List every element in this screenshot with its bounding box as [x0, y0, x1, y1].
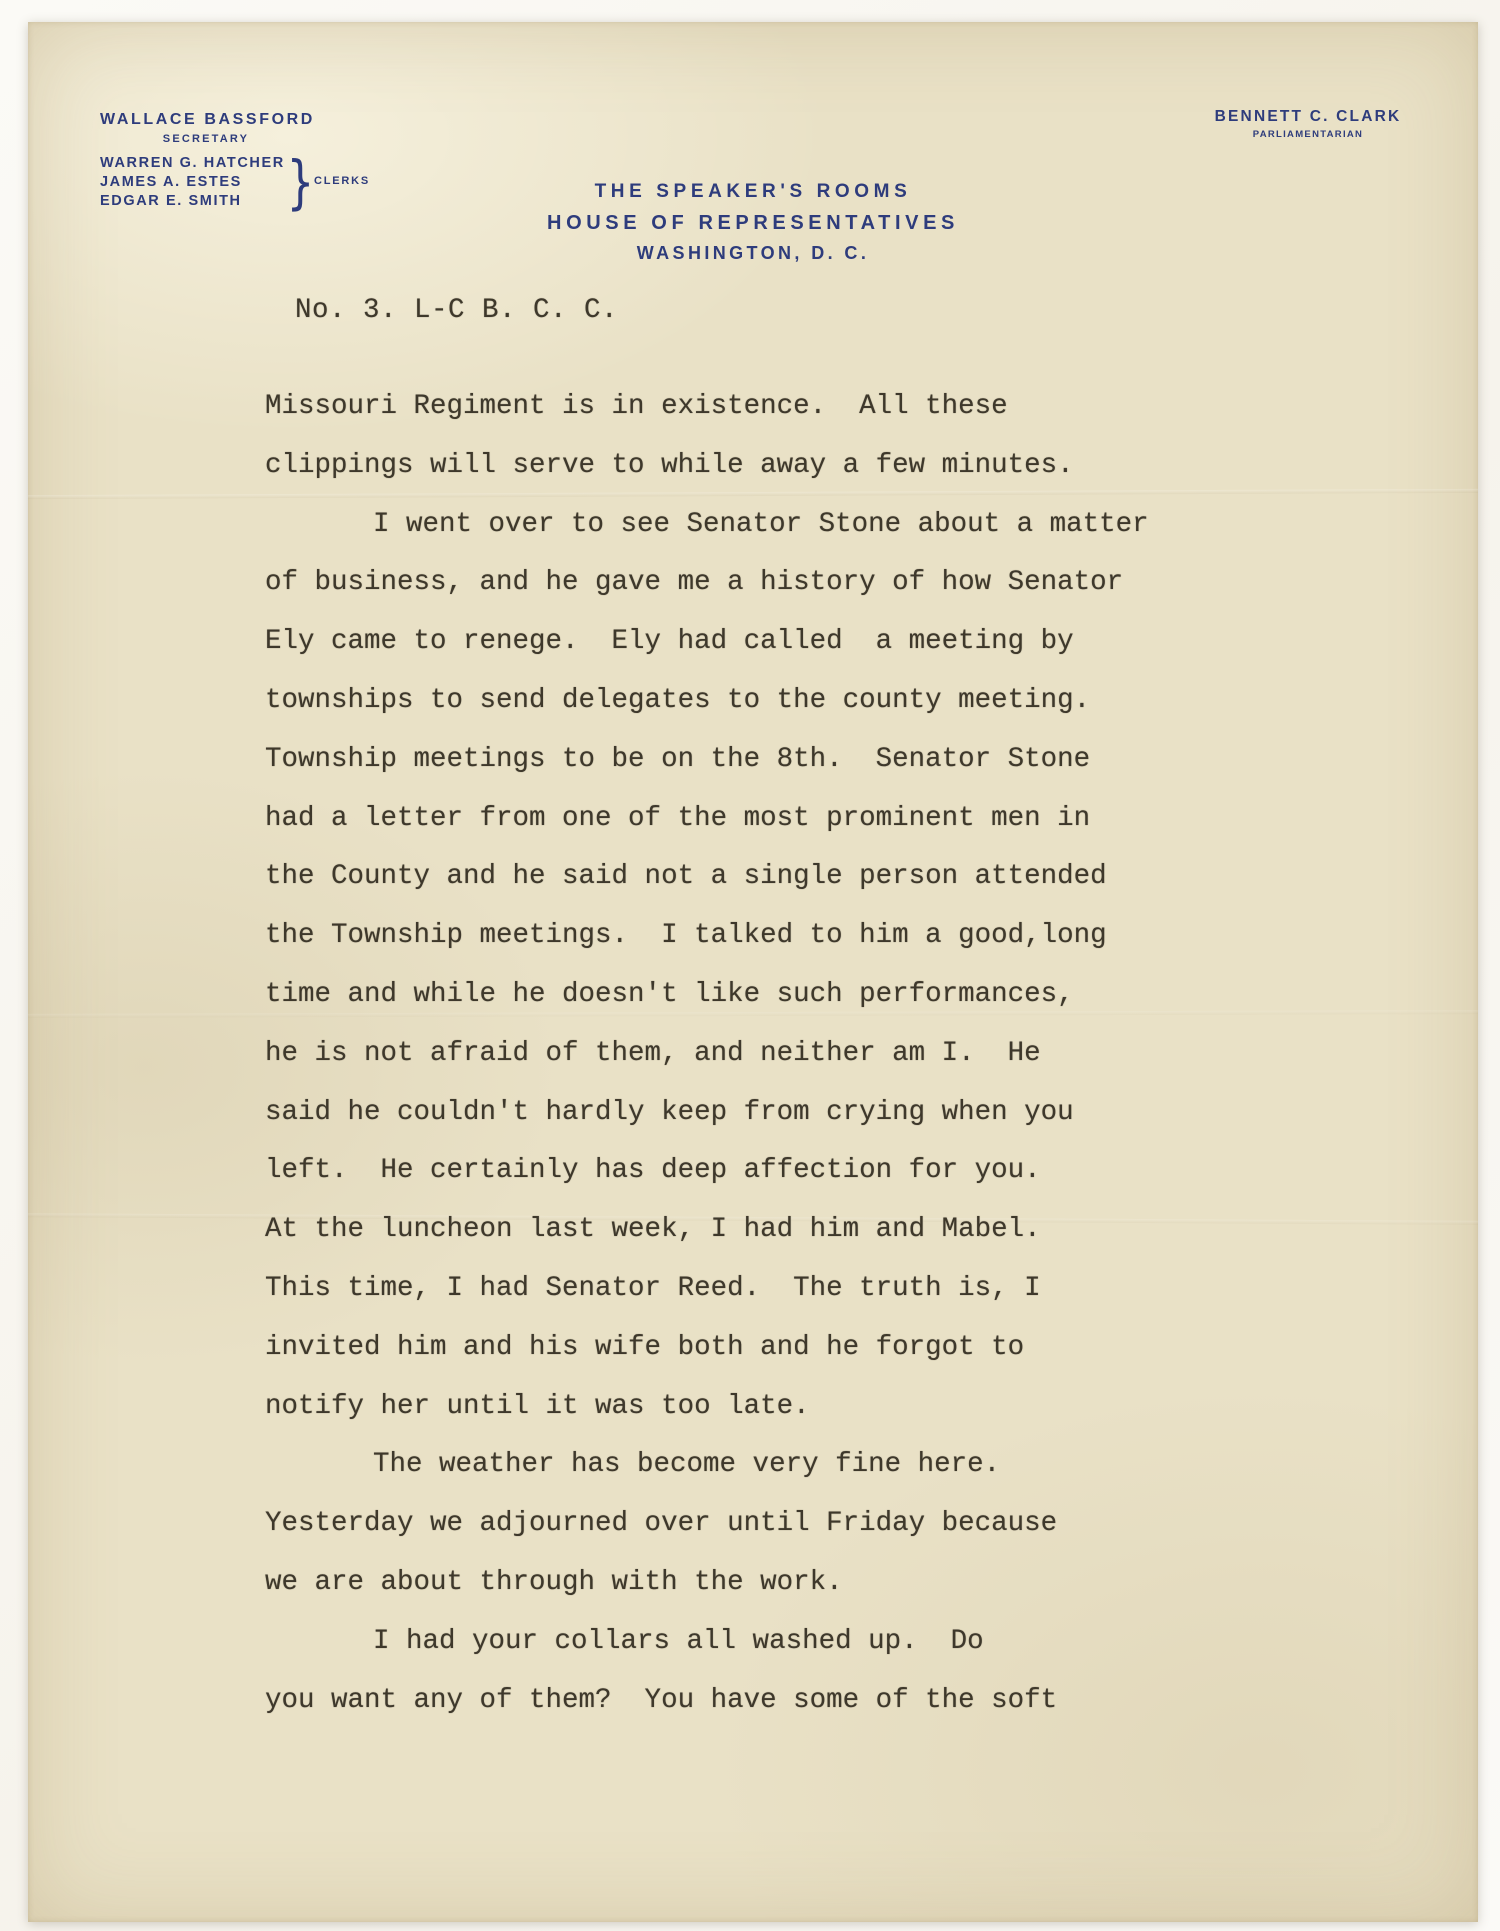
letterhead-rooms-line: THE SPEAKER'S ROOMS — [28, 181, 1478, 203]
typed-line: Missouri Regiment is in existence. All t… — [265, 378, 1265, 437]
typed-line: I went over to see Senator Stone about a… — [265, 496, 1265, 555]
typed-line: Yesterday we adjourned over until Friday… — [265, 1495, 1265, 1554]
letterhead-house-line: HOUSE OF REPRESENTATIVES — [28, 212, 1478, 235]
page-reference-line: No. 3. L-C B. C. C. — [295, 294, 618, 328]
parliamentarian-title: PARLIAMENTARIAN — [1178, 129, 1438, 140]
typed-line: Ely came to renege. Ely had called a mee… — [265, 613, 1265, 672]
typed-line: clippings will serve to while away a few… — [265, 437, 1265, 496]
typed-line: had a letter from one of the most promin… — [265, 790, 1265, 849]
letterhead-right-block: BENNETT C. CLARK PARLIAMENTARIAN — [1178, 108, 1438, 140]
typed-line: At the luncheon last week, I had him and… — [265, 1201, 1265, 1260]
letter-page: WALLACE BASSFORD SECRETARY WARREN G. HAT… — [28, 22, 1478, 1922]
typed-line: of business, and he gave me a history of… — [265, 554, 1265, 613]
clerk-name: WARREN G. HATCHER — [100, 154, 315, 173]
secretary-title: SECRETARY — [100, 133, 312, 145]
typed-line: we are about through with the work. — [265, 1554, 1265, 1613]
letterhead-center-block: THE SPEAKER'S ROOMS HOUSE OF REPRESENTAT… — [28, 181, 1478, 264]
typed-line: time and while he doesn't like such perf… — [265, 966, 1265, 1025]
typed-line: townships to send delegates to the count… — [265, 672, 1265, 731]
scan-background: { "paper": { "background": "#e9e1c6", "t… — [0, 0, 1500, 1931]
typed-line: said he couldn't hardly keep from crying… — [265, 1084, 1265, 1143]
typed-line: The weather has become very fine here. — [265, 1436, 1265, 1495]
typed-line: notify her until it was too late. — [265, 1378, 1265, 1437]
secretary-name: WALLACE BASSFORD — [100, 110, 315, 130]
typed-line: Township meetings to be on the 8th. Sena… — [265, 731, 1265, 790]
parliamentarian-name: BENNETT C. CLARK — [1178, 108, 1438, 126]
typed-line: he is not afraid of them, and neither am… — [265, 1025, 1265, 1084]
letter-body: Missouri Regiment is in existence. All t… — [265, 378, 1265, 1730]
typed-line: you want any of them? You have some of t… — [265, 1672, 1265, 1731]
typed-line: the County and he said not a single pers… — [265, 848, 1265, 907]
typed-line: left. He certainly has deep affection fo… — [265, 1142, 1265, 1201]
typed-line: This time, I had Senator Reed. The truth… — [265, 1260, 1265, 1319]
typed-line: I had your collars all washed up. Do — [265, 1613, 1265, 1672]
letterhead-city-line: WASHINGTON, D. C. — [28, 243, 1478, 264]
typed-line: the Township meetings. I talked to him a… — [265, 907, 1265, 966]
typed-line: invited him and his wife both and he for… — [265, 1319, 1265, 1378]
